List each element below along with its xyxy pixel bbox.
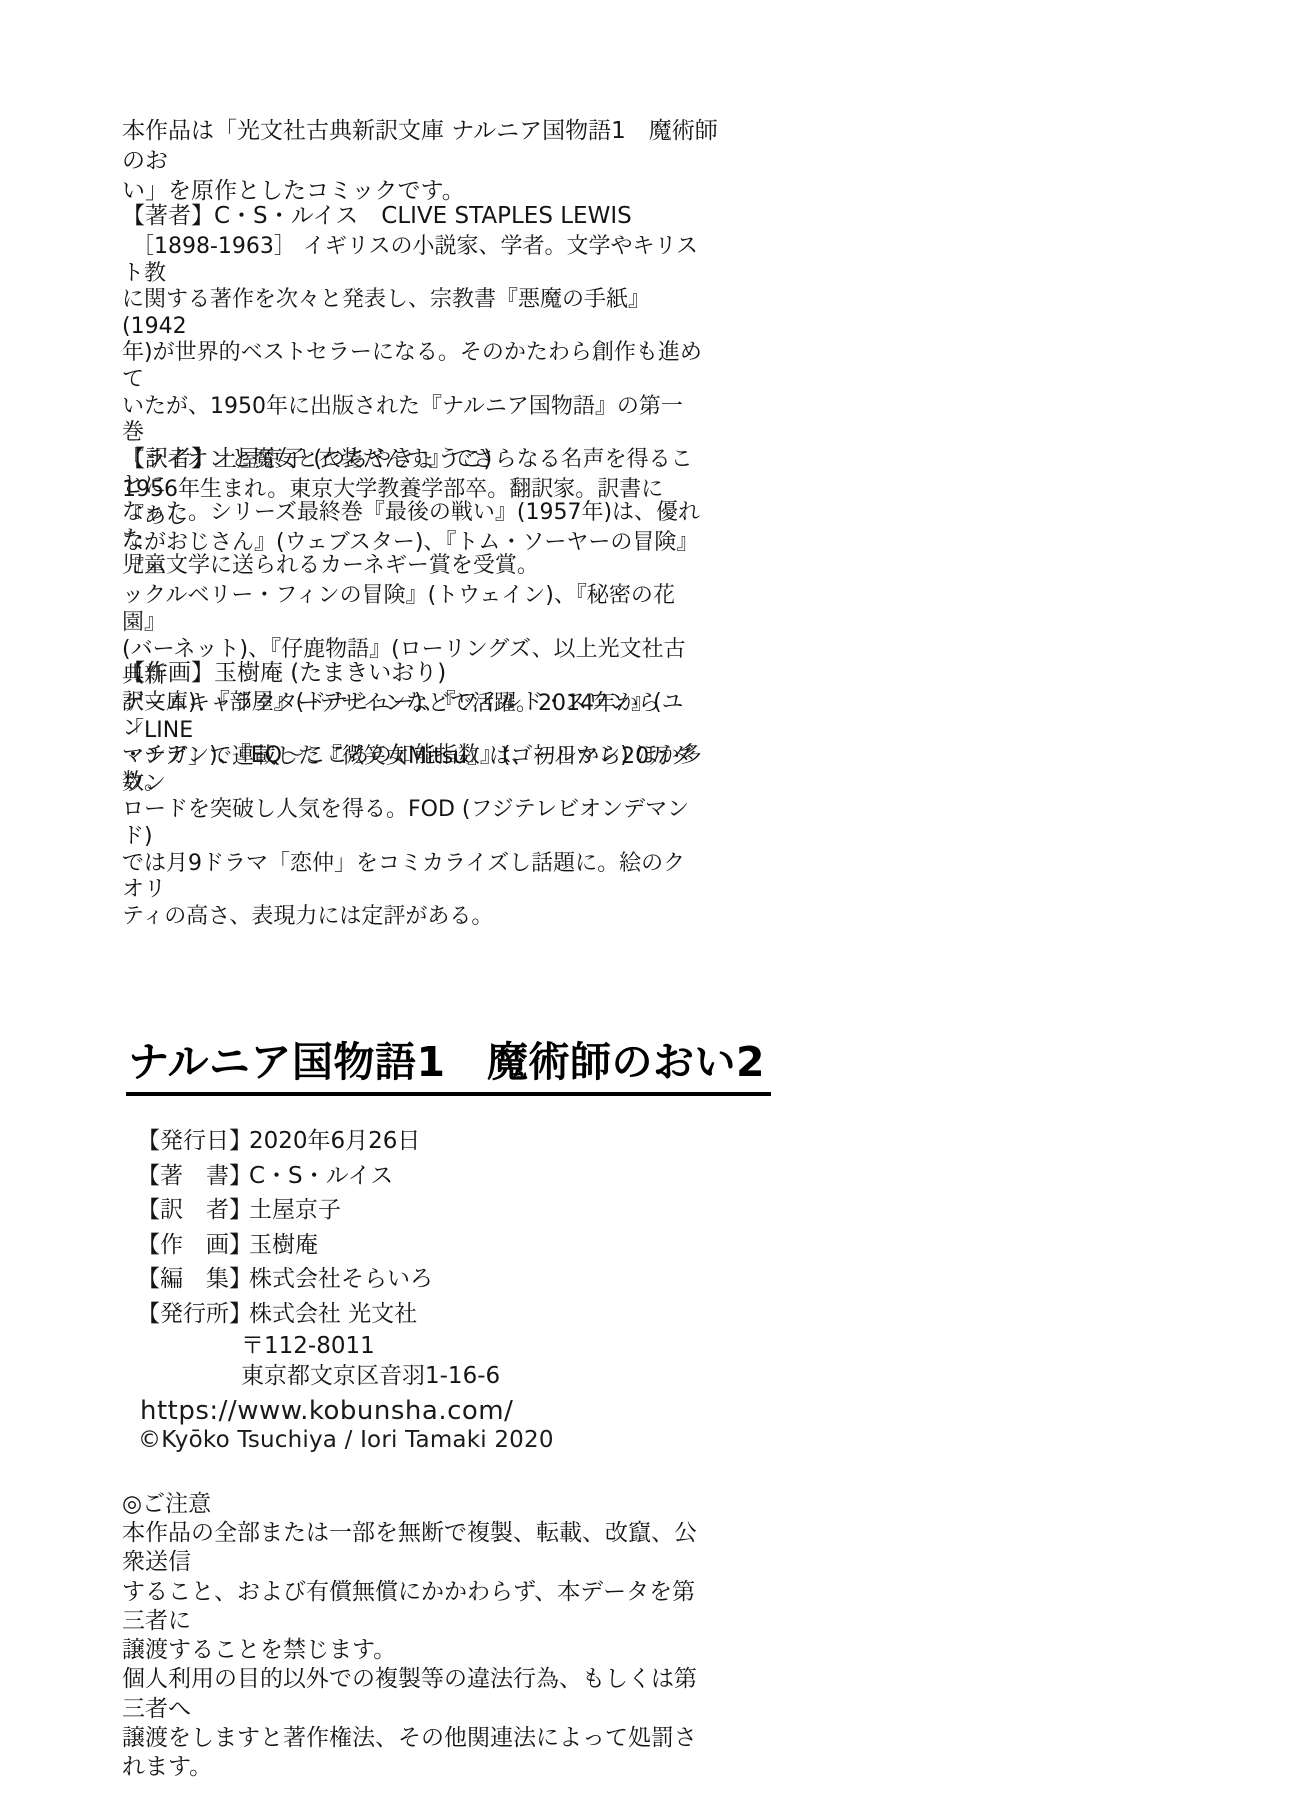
translator-bio-line: ックルベリー・フィンの冒険』(トウェイン)、『秘密の花園』 [122, 583, 702, 636]
legal-notice-line: 譲渡することを禁じます。 [122, 1636, 702, 1665]
artist-bio-line: ゲームキャラクターデザインなどで活躍。2014年から「LINE [122, 691, 702, 744]
colophon-row: 【訳 者】 土屋京子 [137, 1191, 500, 1226]
artist-bio: ゲームキャラクターデザインなどで活躍。2014年から「LINE マンガ」で連載し… [122, 691, 702, 930]
legal-notice-line: 本作品の全部または一部を無断で複製、転載、改竄、公衆送信 [122, 1519, 702, 1578]
colophon-row: 【著 書】 C・S・ルイス [137, 1157, 500, 1192]
publisher-address: 〒112-8011 東京都文京区音羽1-16-6 [241, 1331, 500, 1391]
publisher-url: https://www.kobunsha.com/ [140, 1396, 513, 1426]
artist-bio-line: ティの高さ、表現力には定評がある。 [122, 904, 702, 931]
publisher-postal-code: 〒112-8011 [241, 1331, 500, 1361]
artist-heading: 【作画】玉樹庵 (たまきいおり) [122, 658, 702, 688]
author-bio-line: に関する著作を次々と発表し、宗教書『悪魔の手紙』(1942 [122, 287, 702, 340]
colophon-row-value: 2020年6月26日 [249, 1122, 420, 1155]
colophon-row: 【発行所】 株式会社 光文社 [137, 1295, 500, 1330]
intro-line: 本作品は「光文社古典新訳文庫 ナルニア国物語1 魔術師のお [122, 116, 722, 176]
colophon-row-label: 【著 書】 [137, 1157, 249, 1190]
artist-bio-line: マンガ」で連載した『微笑女Mitsu』は、初日から20万ダウン [122, 744, 702, 797]
intro-paragraph: 本作品は「光文社古典新訳文庫 ナルニア国物語1 魔術師のお い」を原作としたコミ… [122, 116, 722, 206]
colophon-row: 【発行日】 2020年6月26日 [137, 1122, 500, 1157]
colophon-row: 【編 集】 株式会社そらいろ [137, 1260, 500, 1295]
artist-section: 【作画】玉樹庵 (たまきいおり) ゲームキャラクターデザインなどで活躍。2014… [122, 658, 702, 930]
legal-notice-line: 個人利用の目的以外での複製等の違法行為、もしくは第三者へ [122, 1665, 702, 1724]
colophon-row-value: C・S・ルイス [249, 1157, 393, 1190]
colophon-row-value: 株式会社そらいろ [249, 1260, 433, 1293]
colophon-row-label: 【訳 者】 [137, 1191, 249, 1224]
publisher-street-address: 東京都文京区音羽1-16-6 [241, 1361, 500, 1391]
legal-notice-section: ◎ご注意 本作品の全部または一部を無断で複製、転載、改竄、公衆送信 すること、お… [122, 1489, 702, 1783]
author-bio-line: いたが、1950年に出版された『ナルニア国物語』の第一巻 [122, 394, 702, 447]
artist-bio-line: ロードを突破し人気を得る。FOD (フジテレビオンデマンド) [122, 797, 702, 850]
colophon-row-value: 玉樹庵 [249, 1226, 318, 1259]
legal-notice-line: 譲渡をしますと著作権法、その他関連法によって処罰されます。 [122, 1724, 702, 1783]
translator-bio-line: ながおじさん』(ウェブスター)、『トム・ソーヤーの冒険』『ハ [122, 530, 702, 583]
legal-notice-body: 本作品の全部または一部を無断で複製、転載、改竄、公衆送信 すること、および有償無… [122, 1519, 702, 1783]
book-title-block: ナルニア国物語1 魔術師のおい2 [126, 1038, 771, 1096]
author-bio-line: 年)が世界的ベストセラーになる。そのかたわら創作も進めて [122, 340, 702, 393]
author-bio-line: ［1898-1963］ イギリスの小説家、学者。文学やキリスト教 [122, 234, 702, 287]
colophon-page: { "intro": { "lines": [ "本作品は「光文社古典新訳文庫 … [0, 0, 1300, 1800]
legal-notice-heading: ◎ご注意 [122, 1489, 702, 1519]
colophon-row-label: 【編 集】 [137, 1260, 249, 1293]
book-title: ナルニア国物語1 魔術師のおい2 [126, 1038, 771, 1096]
colophon-rows: 【発行日】 2020年6月26日 【著 書】 C・S・ルイス 【訳 者】 土屋京… [137, 1122, 500, 1391]
colophon-row-value: 土屋京子 [249, 1191, 341, 1224]
copyright-notice: ©Kyōko Tsuchiya / Iori Tamaki 2020 [138, 1427, 554, 1453]
translator-bio-line: 1956年生まれ。東京大学教養学部卒。翻訳家。訳書に『あし [122, 477, 702, 530]
translator-heading: 【訳者】土屋京子 (つちやきょうこ) [122, 444, 702, 474]
colophon-row-label: 【発行所】 [137, 1295, 249, 1328]
colophon-row-value: 株式会社 光文社 [249, 1295, 417, 1328]
legal-notice-line: すること、および有償無償にかかわらず、本データを第三者に [122, 1578, 702, 1637]
colophon-row-label: 【発行日】 [137, 1122, 249, 1155]
author-heading: 【著者】C・S・ルイス CLIVE STAPLES LEWIS [122, 201, 702, 231]
artist-bio-line: では月9ドラマ「恋仲」をコミカライズし話題に。絵のクオリ [122, 851, 702, 904]
colophon-row-label: 【作 画】 [137, 1226, 249, 1259]
colophon-row: 【作 画】 玉樹庵 [137, 1226, 500, 1261]
